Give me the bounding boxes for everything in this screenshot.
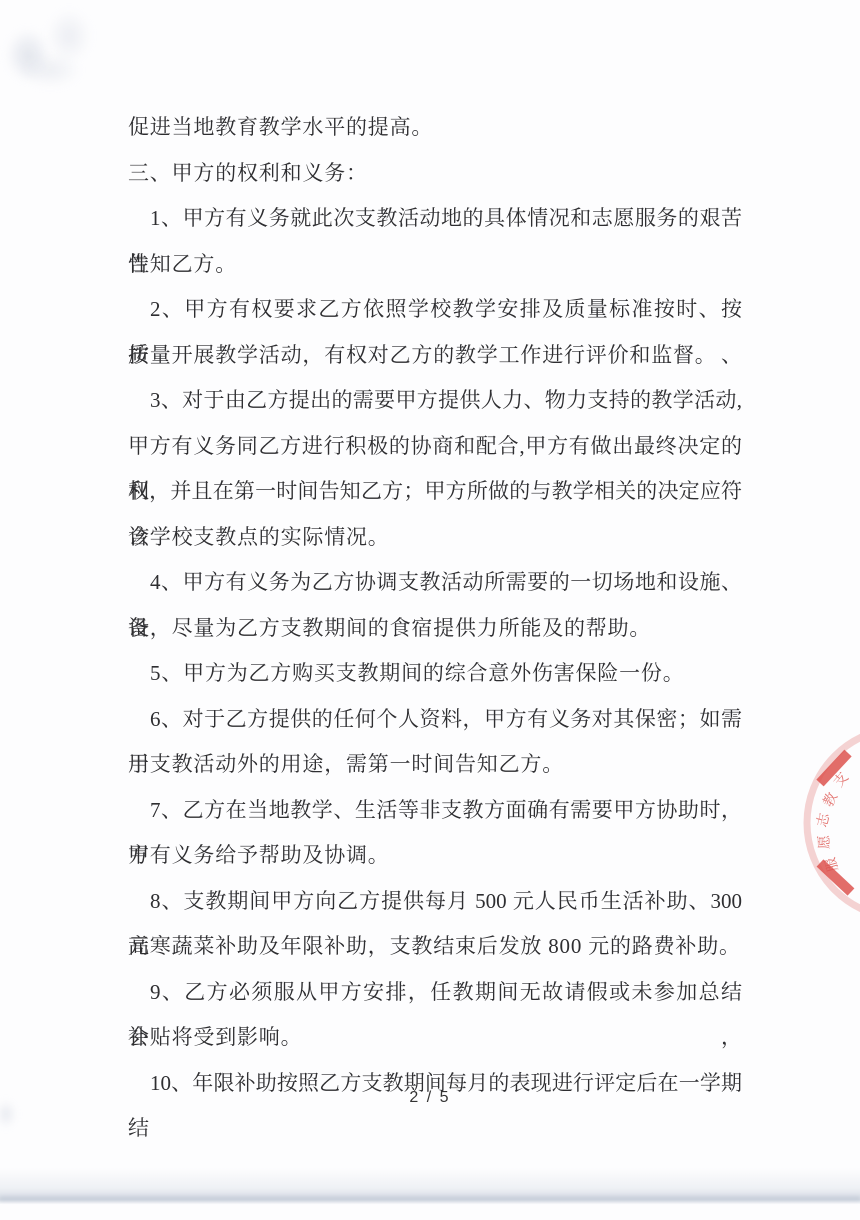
text-line: 备，尽量为乙方支教期间的食宿提供力所能及的帮助。 — [128, 606, 742, 652]
text-line: 甲方有义务同乙方进行积极的协商和配合,甲方有做出最终决定的权 — [128, 424, 742, 470]
text-line: 9、乙方必须服从甲方安排，任教期间无故请假或未参加总结会， — [128, 970, 742, 1016]
text-line: 告知乙方。 — [128, 242, 742, 288]
text-line: 6、对于乙方提供的任何个人资料，甲方有义务对其保密；如需用 — [128, 697, 742, 743]
text-line: 3、对于由乙方提出的需要甲方提供人力、物力支持的教学活动, — [128, 378, 742, 424]
scanned-page: 促进当地教育教学水平的提高。三、甲方的权利和义务：1、甲方有义务就此次支教活动地… — [0, 0, 860, 1220]
text-line: 8、支教期间甲方向乙方提供每月 500 元人民币生活补助、300 元 — [128, 879, 742, 925]
page-number: 2 / 5 — [0, 1089, 860, 1107]
scan-smudge — [18, 52, 82, 88]
red-seal-stamp: 支教志愿服 — [790, 742, 860, 902]
text-line: 1、甲方有义务就此次支教活动地的具体情况和志愿服务的艰苦性 — [128, 196, 742, 242]
scan-shadow-band — [0, 1168, 860, 1204]
text-line: 4、甲方有义务为乙方协调支教活动所需要的一切场地和设施、设 — [128, 560, 742, 606]
text-line: 促进当地教育教学水平的提高。 — [128, 105, 742, 151]
text-line: 高寒蔬菜补助及年限补助，支教结束后发放 800 元的路费补助。 — [128, 924, 742, 970]
text-line: 按量开展教学活动，有权对乙方的教学工作进行评价和监督。 — [128, 333, 742, 379]
contract-body-text: 促进当地教育教学水平的提高。三、甲方的权利和义务：1、甲方有义务就此次支教活动地… — [128, 105, 742, 1106]
text-line: 三、甲方的权利和义务： — [128, 151, 742, 197]
scan-smudge — [46, 8, 92, 64]
text-line: 利，并且在第一时间告知乙方；甲方所做的与教学相关的决定应符合 — [128, 469, 742, 515]
scan-shadow-edge — [0, 1196, 860, 1201]
text-line: 2、甲方有权要求乙方依照学校教学安排及质量标准按时、按质、 — [128, 287, 742, 333]
stamp-glyph: 教 — [820, 790, 842, 810]
text-line: 于支教活动外的用途，需第一时间告知乙方。 — [128, 742, 742, 788]
stamp-glyph: 志 — [813, 810, 833, 829]
text-line: 7、乙方在当地教学、生活等非支教方面确有需要甲方协助时，甲 — [128, 788, 742, 834]
text-line: 该学校支教点的实际情况。 — [128, 515, 742, 561]
stamp-glyph: 愿 — [817, 835, 833, 850]
text-line: 方有义务给予帮助及协调。 — [128, 833, 742, 879]
text-line: 5、甲方为乙方购买支教期间的综合意外伤害保险一份。 — [128, 651, 742, 697]
scan-smudge — [5, 28, 51, 82]
